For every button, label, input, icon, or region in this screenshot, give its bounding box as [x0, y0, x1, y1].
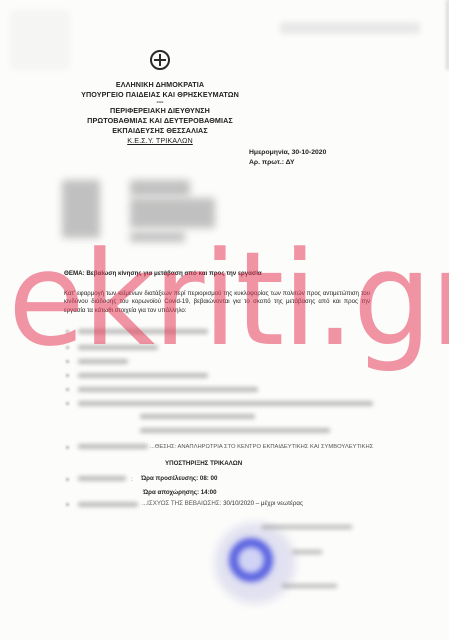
redacted-recipient-values — [130, 232, 185, 242]
redacted-list-item — [78, 401, 373, 406]
validity-value: 30/10/2020 – μέχρι νεωτέρας — [221, 500, 303, 507]
letterhead-line: ΠΕΡΙΦΕΡΕΙΑΚΗ ΔΙΕΥΘΥΝΣΗ — [60, 106, 260, 116]
departure-time: Ώρα αποχώρησης: 14:00 — [143, 489, 217, 496]
bullet-icon — [66, 446, 69, 449]
bullet-icon — [66, 330, 69, 333]
letterhead-line: ΠΡΩΤΟΒΑΘΜΙΑΣ ΚΑΙ ΔΕΥΤΕΡΟΒΑΘΜΙΑΣ — [60, 116, 260, 126]
redacted-list-item — [78, 329, 208, 334]
colon-separator: : — [131, 477, 133, 483]
redacted-hours-label — [78, 476, 126, 481]
redacted-signature-line — [262, 525, 352, 529]
letterhead-line: Κ.Ε.Σ.Υ. ΤΡΙΚΑΛΩΝ — [60, 136, 260, 146]
letterhead: ΕΛΛΗΝΙΚΗ ΔΗΜΟΚΡΑΤΙΑ ΥΠΟΥΡΓΕΙΟ ΠΑΙΔΕΙΑΣ Κ… — [60, 50, 260, 146]
body-paragraph: Κατ' εφαρμογή των κείμενων διατάξεων περ… — [64, 290, 370, 315]
scanned-document-page: ΕΛΛΗΝΙΚΗ ΔΗΜΟΚΡΑΤΙΑ ΥΠΟΥΡΓΕΙΟ ΠΑΙΔΕΙΑΣ Κ… — [0, 0, 449, 640]
redacted-list-item — [140, 414, 255, 419]
bullet-icon — [66, 346, 69, 349]
date-line: Ημερομηνία, 30-10-2020 — [249, 148, 326, 158]
redacted-signature-line — [282, 584, 337, 588]
redacted-recipient-labels — [62, 180, 100, 238]
redacted-list-item — [78, 359, 128, 364]
bleed-through-text — [280, 22, 420, 34]
redacted-list-item — [78, 387, 258, 392]
bullet-icon — [66, 388, 69, 391]
redacted-list-item — [140, 428, 330, 433]
validity-line: ...ΙΣΧΥΟΣ ΤΗΣ ΒΕΒΑΙΩΣΗΣ: 30/10/2020 – μέ… — [142, 500, 303, 507]
letterhead-line: ΕΚΠΑΙΔΕΥΣΗΣ ΘΕΣΣΑΛΙΑΣ — [60, 126, 260, 136]
bullet-icon — [66, 360, 69, 363]
redacted-signature-line — [292, 550, 322, 554]
redacted-list-item — [78, 373, 208, 378]
redacted-validity-label — [78, 502, 138, 507]
validity-label: ...ΙΣΧΥΟΣ ΤΗΣ ΒΕΒΑΙΩΣΗΣ: — [142, 500, 221, 507]
position-line: ...ΘΕΣΗΣ: ΑΝΑΠΛΗΡΩΤΡΙΑ ΣΤΟ ΚΕΝΤΡΟ ΕΚΠΑΙΔ… — [150, 444, 373, 450]
stamp-seal-icon — [229, 538, 273, 582]
document-meta: Ημερομηνία, 30-10-2020 Αρ. πρωτ.: ΔΥ — [249, 148, 326, 168]
bullet-icon — [66, 478, 69, 481]
position-line-continued: ΥΠΟΣΤΗΡΙΞΗΣ ΤΡΙΚΑΛΩΝ — [165, 460, 242, 467]
subject-line: ΘΕΜΑ: Βεβαίωση κίνησης για μετάβαση από … — [64, 270, 262, 277]
bullet-icon — [66, 374, 69, 377]
redacted-position-label — [78, 444, 148, 449]
bullet-icon — [66, 503, 69, 506]
arrival-time: Ώρα προσέλευσης: 08: 00 — [141, 475, 217, 482]
redacted-recipient-values — [130, 198, 215, 228]
redacted-recipient-values — [130, 180, 190, 196]
page-edge-shadow — [445, 0, 449, 70]
bullet-icon — [66, 402, 69, 405]
redacted-list-item — [78, 345, 158, 350]
letterhead-line: ΕΛΛΗΝΙΚΗ ΔΗΜΟΚΡΑΤΙΑ — [60, 80, 260, 90]
coat-of-arms-icon — [150, 50, 170, 70]
protocol-number: Αρ. πρωτ.: ΔΥ — [249, 158, 326, 168]
